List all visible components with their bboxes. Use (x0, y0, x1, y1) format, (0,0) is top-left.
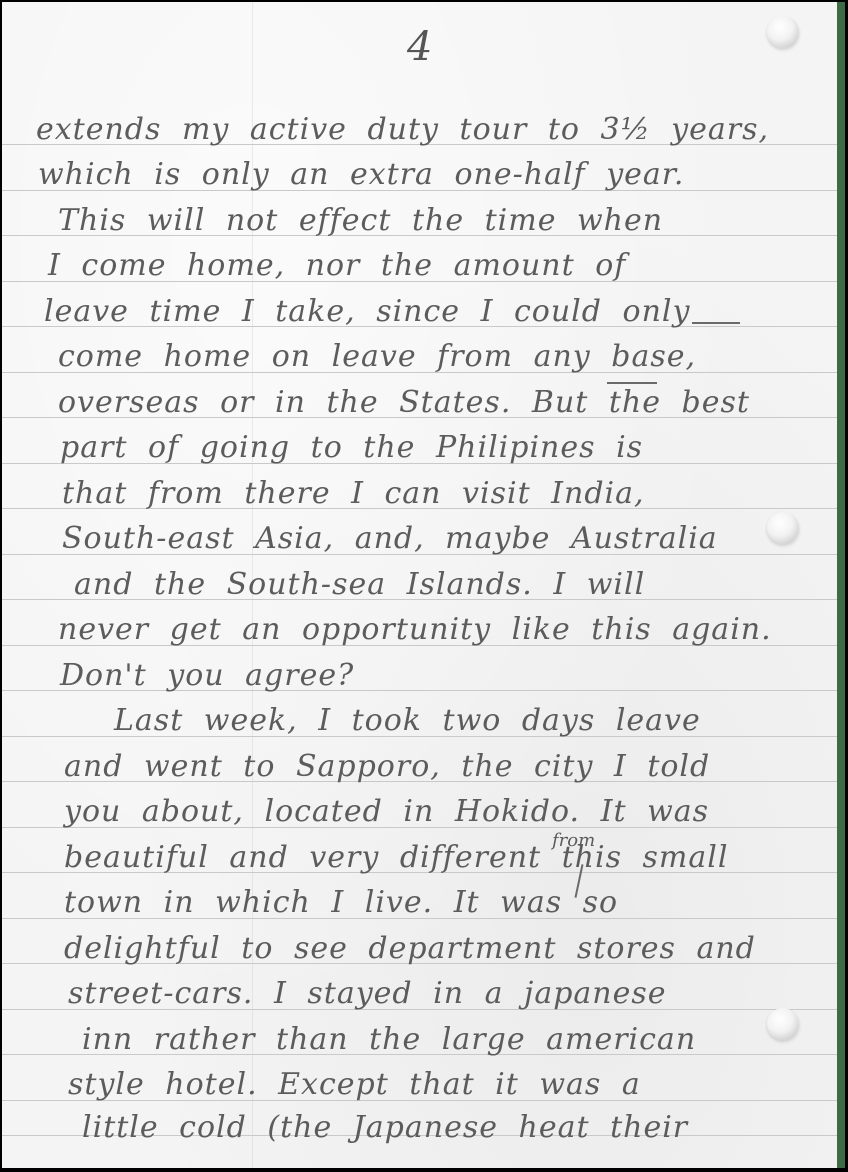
page-number: 4 (407, 24, 432, 70)
letter-page: 4 extends my active duty tour to 3½ year… (2, 2, 837, 1168)
text-line: delightful to see department stores and (64, 931, 756, 966)
text-line: which is only an extra one-half year. (38, 157, 684, 192)
text-line: This will not effect the time when (58, 203, 663, 238)
underline-only (692, 322, 740, 324)
text-line: and went to Sapporo, the city I told (64, 749, 710, 784)
scan-edge-strip (837, 2, 845, 1168)
text-line: part of going to the Philipines is (60, 430, 643, 465)
text-line: overseas or in the States. But the best (58, 385, 750, 420)
text-line: extends my active duty tour to 3½ years, (36, 112, 769, 147)
text-line: street-cars. I stayed in a japanese (68, 976, 667, 1011)
text-line: that from there I can visit India, (62, 476, 645, 511)
text-line: come home on leave from any base, (58, 339, 696, 374)
hole-punch (767, 512, 799, 544)
underline-any (607, 382, 657, 384)
text-line: South-east Asia, and, maybe Australia (62, 521, 718, 556)
text-line: style hotel. Except that it was a (68, 1067, 641, 1102)
text-line: Don't you agree? (60, 658, 354, 693)
text-line: Last week, I took two days leave (114, 703, 701, 738)
text-line: beautiful and very different this small (64, 840, 728, 875)
text-line: leave time I take, since I could only (44, 294, 690, 329)
text-line: never get an opportunity like this again… (58, 612, 772, 647)
text-line: and the South-sea Islands. I will (74, 567, 645, 602)
hole-punch (767, 1008, 799, 1040)
text-line: I come home, nor the amount of (48, 248, 626, 283)
text-line: inn rather than the large american (82, 1022, 696, 1057)
hole-punch (767, 16, 799, 48)
text-line: you about, located in Hokido. It was (64, 794, 709, 829)
text-line: little cold (the Japanese heat their (82, 1110, 688, 1145)
text-line: town in which I live. It was so (64, 885, 618, 920)
